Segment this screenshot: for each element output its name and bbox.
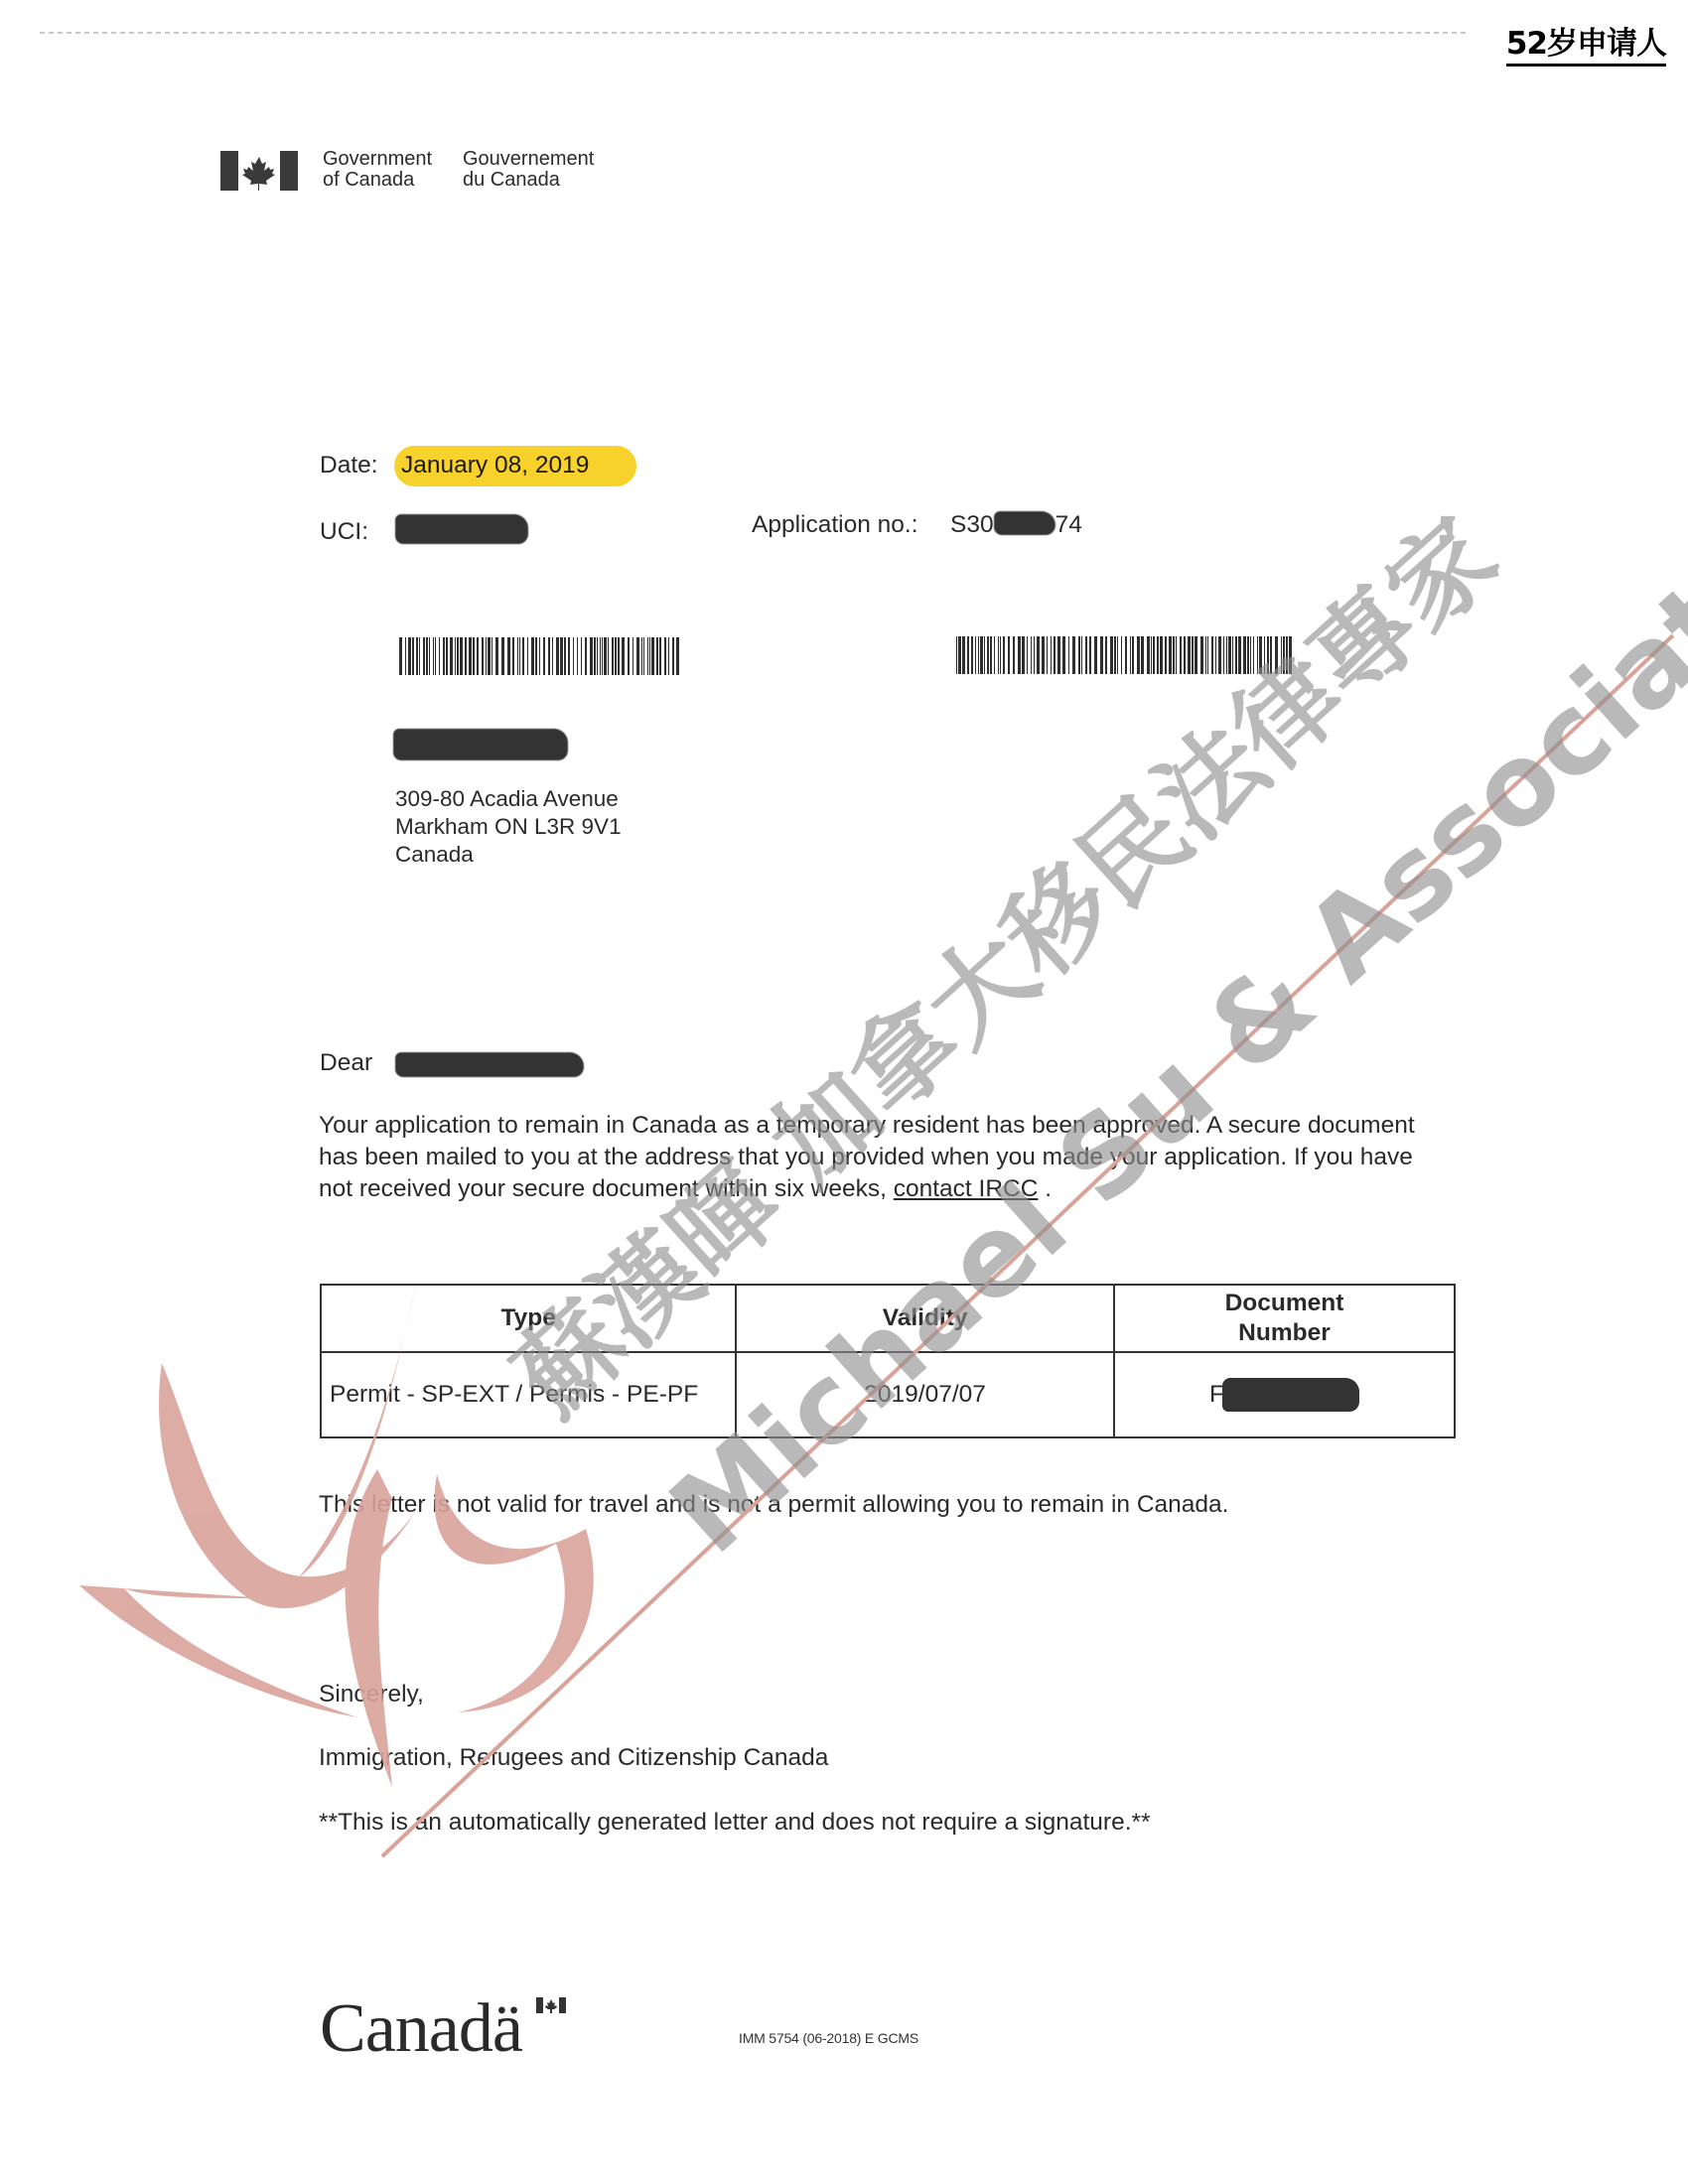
permit-table: Type Validity Document Number Permit - S…	[320, 1284, 1456, 1438]
approval-text: Your application to remain in Canada as …	[319, 1112, 1415, 1202]
form-code: IMM 5754 (06-2018) E GCMS	[739, 2030, 918, 2046]
closing: Sincerely,	[319, 1681, 424, 1708]
application-number-prefix: S30	[950, 511, 994, 538]
application-number-suffix: 74	[1055, 511, 1082, 538]
application-number-label: Application no.:	[752, 511, 918, 539]
canada-wordmark-flag-icon	[536, 1997, 566, 2013]
salutation-name-redaction	[395, 1052, 584, 1077]
application-barcode	[956, 636, 1296, 674]
address-line-1: 309-80 Acadia Avenue	[395, 785, 619, 813]
header-document-number: Document Number	[1114, 1285, 1455, 1352]
scan-artifact-dots	[40, 32, 1470, 34]
cell-type: Permit - SP-EXT / Permis - PE-PF	[321, 1352, 736, 1437]
cell-validity: 2019/07/07	[736, 1352, 1114, 1437]
gov-fr-line1: Gouvernement	[463, 149, 594, 170]
signatory: Immigration, Refugees and Citizenship Ca…	[319, 1744, 828, 1772]
recipient-name-redaction	[393, 729, 568, 760]
canada-flag-icon	[220, 151, 298, 191]
gov-fr-line2: du Canada	[463, 170, 594, 191]
uci-label: UCI:	[320, 518, 368, 546]
government-of-canada-en: Government of Canada	[323, 149, 432, 191]
uci-redaction	[395, 514, 528, 544]
applicant-age-tag: 52岁申请人	[1506, 26, 1666, 67]
gov-en-line1: Government	[323, 149, 432, 170]
cell-document-number: F	[1114, 1352, 1455, 1437]
salutation: Dear	[320, 1049, 372, 1077]
government-of-canada-fr: Gouvernement du Canada	[463, 149, 594, 191]
canada-wordmark: Canadä	[320, 1993, 522, 2065]
date-label: Date:	[320, 452, 378, 479]
law-firm-watermark: 蘇漢暉 加拿大移民法律專家 Michael Su & Associates	[0, 0, 1688, 2184]
auto-generated-note: **This is an automatically generated let…	[319, 1809, 1151, 1837]
approval-text-end: .	[1038, 1175, 1052, 1202]
header-validity: Validity	[736, 1285, 1114, 1352]
date-value: January 08, 2019	[401, 452, 589, 479]
approval-paragraph: Your application to remain in Canada as …	[319, 1110, 1431, 1205]
uci-barcode	[399, 637, 681, 675]
header-type: Type	[321, 1285, 736, 1352]
document-number-redaction	[1222, 1378, 1359, 1412]
table-row: Permit - SP-EXT / Permis - PE-PF 2019/07…	[321, 1352, 1455, 1437]
application-number-redaction	[994, 511, 1055, 535]
validity-notice: This letter is not valid for travel and …	[319, 1491, 1228, 1519]
header-document-number-text: Document Number	[1224, 1289, 1343, 1348]
address-line-3: Canada	[395, 841, 474, 869]
application-number: S3074	[950, 511, 1082, 539]
address-line-2: Markham ON L3R 9V1	[395, 813, 622, 841]
gov-en-line2: of Canada	[323, 170, 432, 191]
contact-ircc-link[interactable]: contact IRCC	[894, 1175, 1039, 1202]
